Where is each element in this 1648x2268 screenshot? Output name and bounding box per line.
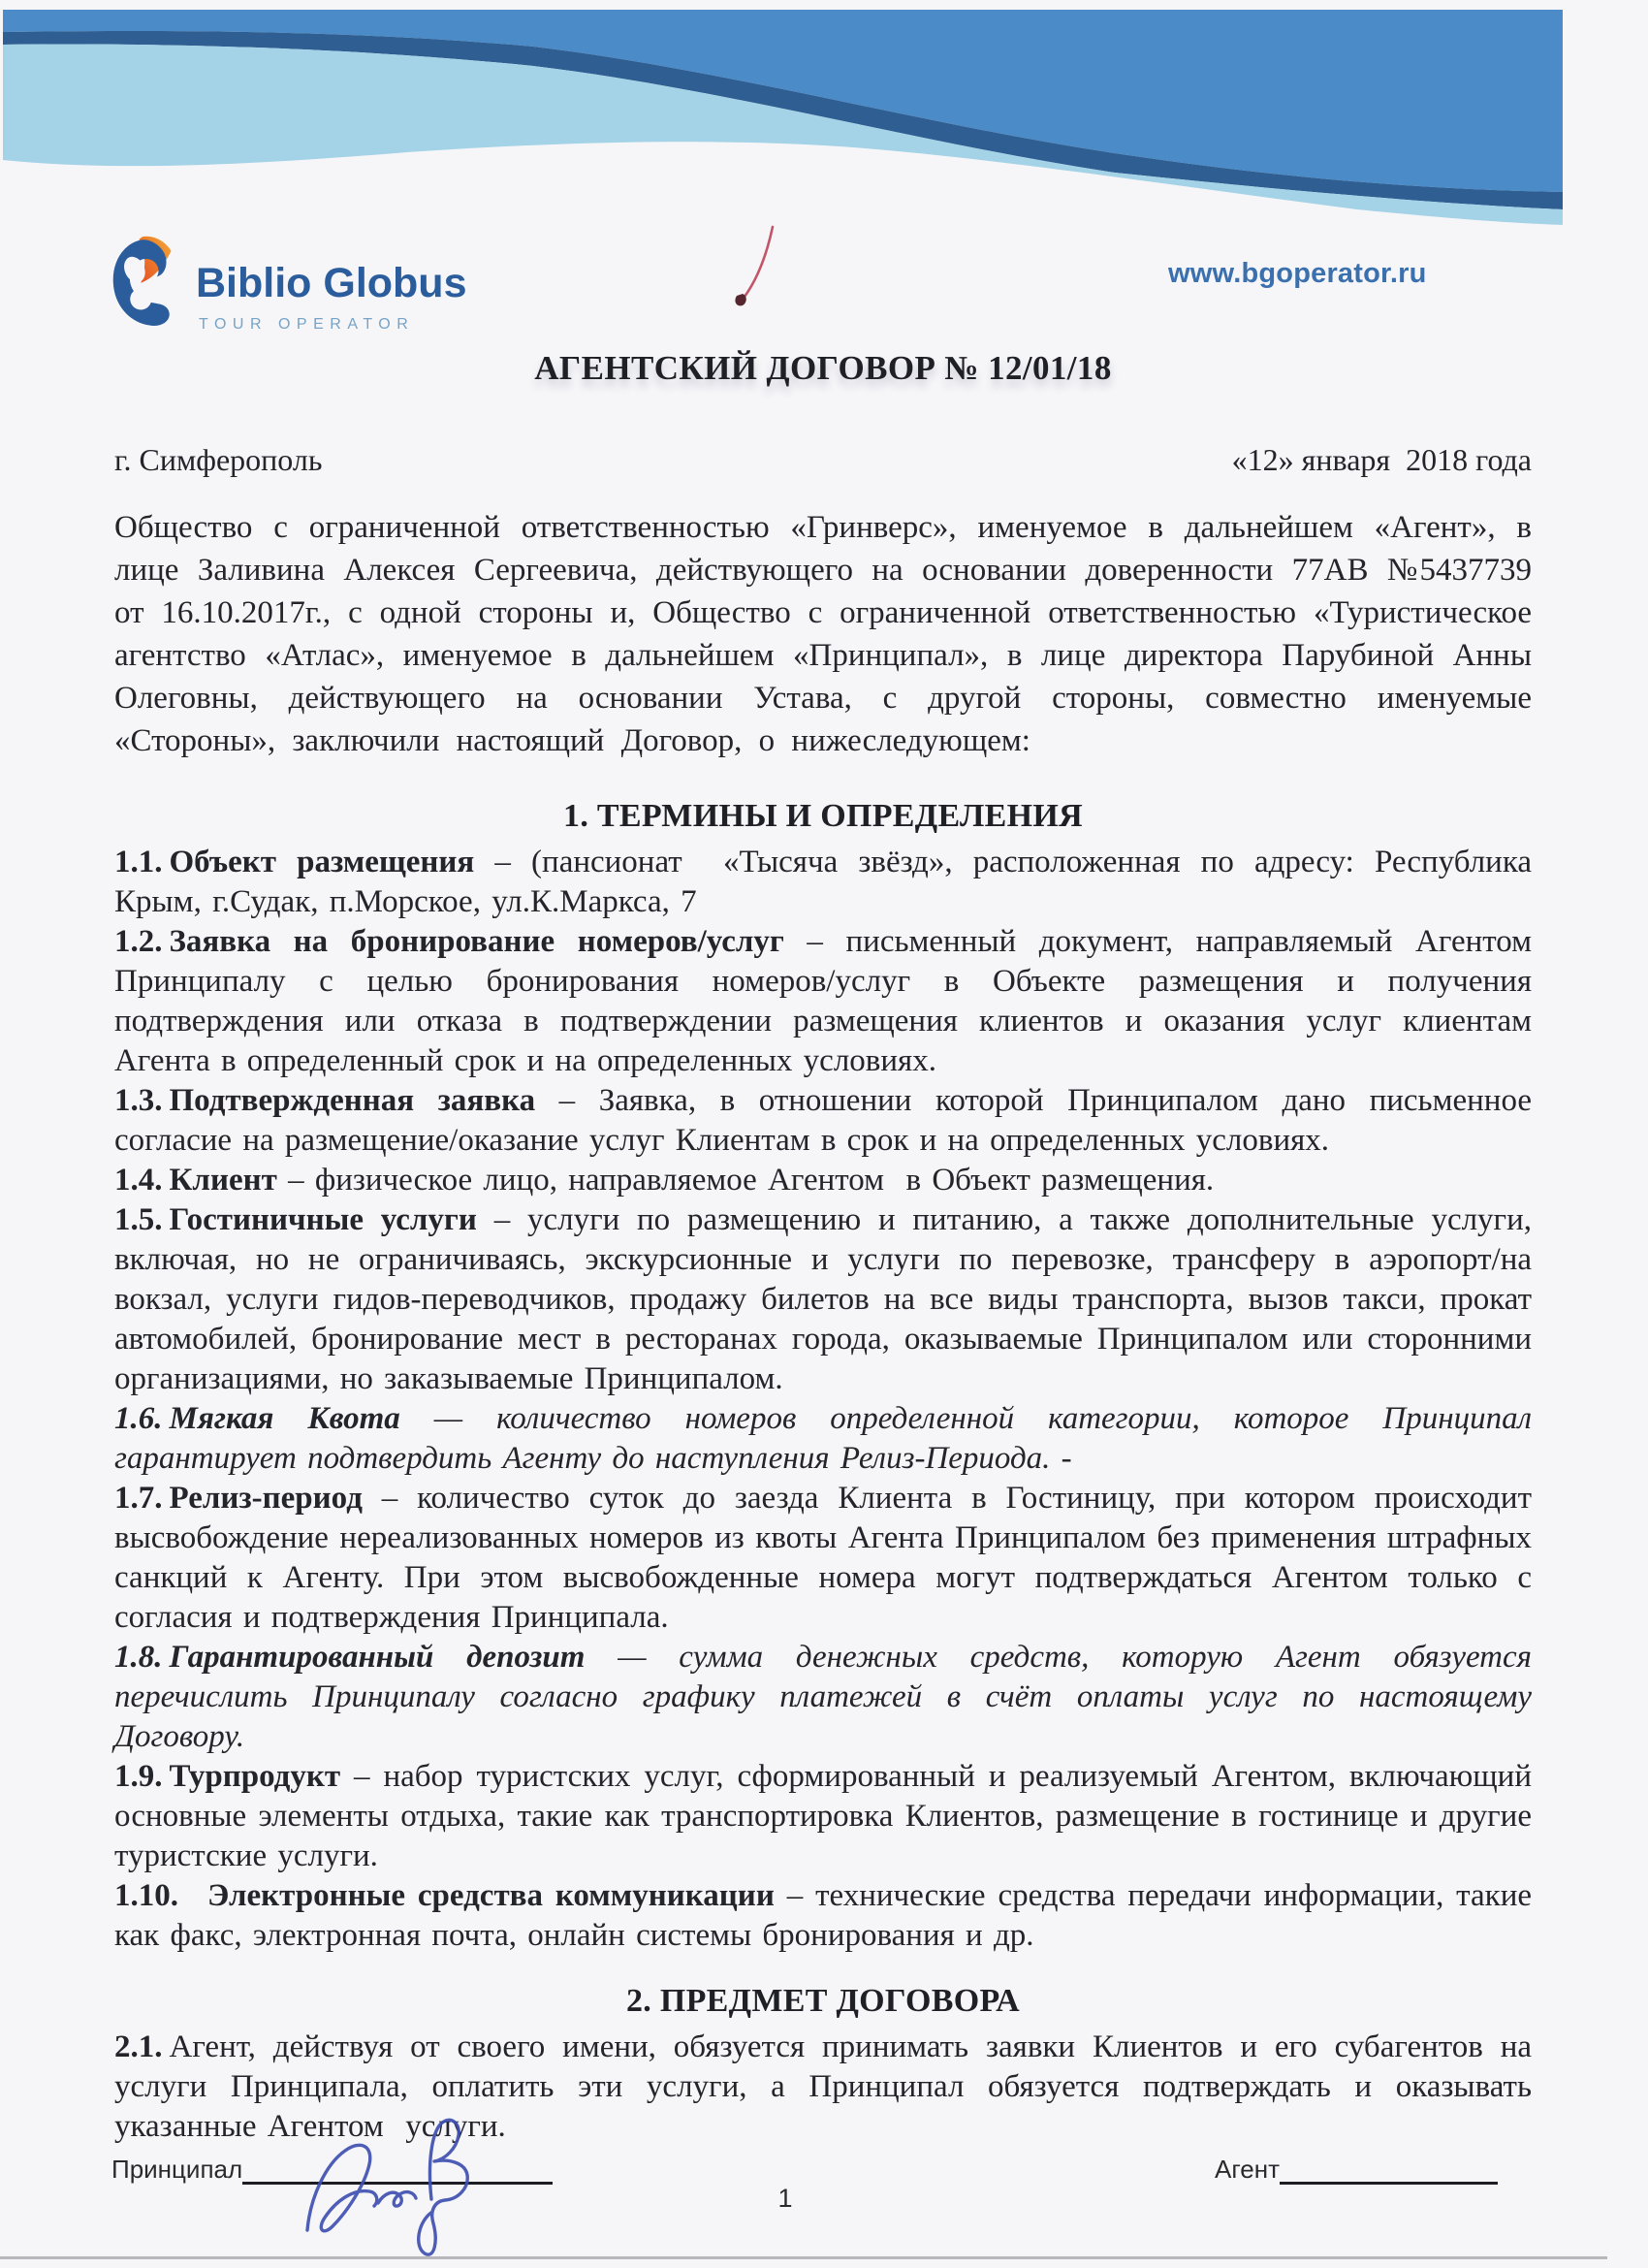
clause-number: 1.8. — [114, 1640, 170, 1675]
clause-number: 1.3. — [114, 1083, 170, 1118]
section-heading-2: 2. ПРЕДМЕТ ДОГОВОРА — [114, 1979, 1532, 2024]
agent-label: Агент — [1215, 2155, 1280, 2185]
clause-term: Подтвержденная заявка — [170, 1083, 536, 1118]
clause-1.10: 1.10.Электронные средства коммуникации –… — [114, 1876, 1532, 1956]
clause-term: Объект размещения — [170, 845, 475, 879]
clause-number: 1.2. — [114, 924, 170, 959]
clause-1.1: 1.1.Объект размещения – (пансионат «Тыся… — [114, 843, 1532, 922]
clause-term: Релиз-период — [170, 1481, 363, 1516]
clause-number: 1.9. — [114, 1759, 170, 1794]
agent-signature-block: Агент — [1215, 2155, 1498, 2185]
clause-number: 1.6. — [114, 1401, 170, 1436]
clause-2.1: 2.1.Агент, действуя от своего имени, обя… — [114, 2028, 1532, 2147]
clause-1.5: 1.5.Гостиничные услуги – услуги по разме… — [114, 1200, 1532, 1399]
clause-text: Агент, действуя от своего имени, обязует… — [114, 2029, 1532, 2144]
website-url: www.bgoperator.ru — [1168, 258, 1427, 290]
section-heading-1: 1. ТЕРМИНЫ И ОПРЕДЕЛЕНИЯ — [114, 794, 1532, 839]
clause-1.4: 1.4.Клиент – физическое лицо, направляем… — [114, 1161, 1532, 1200]
clause-separator: – — [784, 924, 846, 959]
clause-separator: – — [277, 1163, 315, 1198]
clause-term: Мягкая Квота — [170, 1401, 400, 1436]
clause-separator: — — [400, 1401, 496, 1436]
clause-text: физическое лицо, направляемое Агентом в … — [315, 1163, 1214, 1198]
clause-number: 1.1. — [114, 845, 170, 879]
contract-title: АГЕНТСКИЙ ДОГОВОР № 12/01/18 — [114, 345, 1532, 392]
contract-body: АГЕНТСКИЙ ДОГОВОР № 12/01/18 г. Симфероп… — [114, 345, 1532, 2147]
clause-1.9: 1.9.Турпродукт – набор туристских услуг,… — [114, 1757, 1532, 1876]
sections-container: 1. ТЕРМИНЫ И ОПРЕДЕЛЕНИЯ1.1.Объект разме… — [114, 794, 1532, 2147]
signature-row: Принципал Агент — [111, 2155, 1498, 2185]
clause-separator: – — [340, 1759, 383, 1794]
clause-term: Гарантированный депозит — [170, 1640, 586, 1675]
clause-term: Заявка на бронирование номеров/услуг — [170, 924, 784, 959]
dateline-date: «12» января 2018 года — [1232, 440, 1532, 479]
scanned-contract-page: { "header": { "brand": "Biblio Globus", … — [0, 0, 1648, 2268]
clause-term: Электронные средства коммуникации — [207, 1878, 775, 1913]
preamble-paragraph: Общество с ограниченной ответственностью… — [114, 506, 1532, 762]
scan-bottom-edge — [0, 2256, 1607, 2259]
clause-separator: – — [477, 1202, 527, 1237]
clause-number: 1.5. — [114, 1202, 170, 1237]
clause-separator: – — [363, 1481, 417, 1516]
logo-globe-mark — [113, 237, 172, 326]
logo-brand-text: Biblio Globus — [196, 260, 466, 306]
clause-term: Гостиничные услуги — [170, 1202, 477, 1237]
clause-separator: – — [474, 845, 531, 879]
clause-1.8: 1.8.Гарантированный депозит — сумма дене… — [114, 1638, 1532, 1757]
page-number: 1 — [0, 2184, 1570, 2214]
biblio-globus-logo: Biblio Globus TOUR OPERATOR — [107, 231, 572, 342]
clause-number: 1.4. — [114, 1163, 170, 1198]
clause-number: 1.7. — [114, 1481, 170, 1516]
principal-signature-block: Принципал — [111, 2155, 553, 2185]
dateline-city: г. Симферополь — [114, 440, 322, 479]
clause-separator: – — [535, 1083, 599, 1118]
clause-term: Турпродукт — [170, 1759, 341, 1794]
agent-signature-line — [1280, 2156, 1498, 2185]
clause-separator: — — [585, 1640, 679, 1675]
clause-number: 1.10. — [114, 1878, 207, 1913]
clause-1.3: 1.3.Подтвержденная заявка – Заявка, в от… — [114, 1081, 1532, 1161]
clause-1.6: 1.6.Мягкая Квота — количество номеров оп… — [114, 1399, 1532, 1479]
clause-number: 2.1. — [114, 2029, 170, 2064]
clause-term: Клиент — [170, 1163, 277, 1198]
clause-separator: – — [775, 1878, 815, 1913]
principal-label: Принципал — [111, 2155, 242, 2185]
logo-tagline-text: TOUR OPERATOR — [199, 316, 414, 333]
principal-signature-line — [242, 2156, 553, 2185]
dateline: г. Симферополь «12» января 2018 года — [114, 440, 1532, 479]
clause-1.7: 1.7.Релиз-период – количество суток до з… — [114, 1479, 1532, 1638]
clause-1.2: 1.2.Заявка на бронирование номеров/услуг… — [114, 922, 1532, 1081]
